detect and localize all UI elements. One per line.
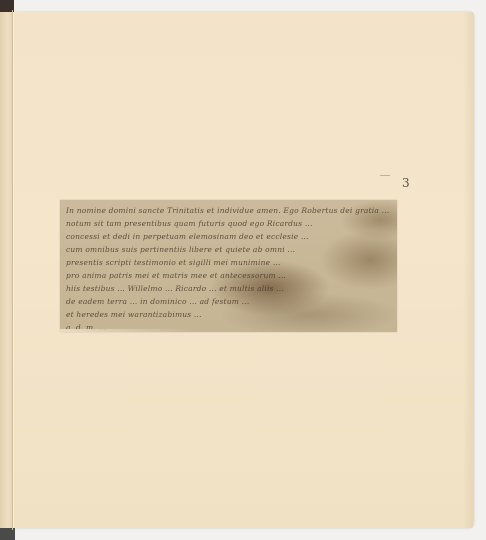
charter-line: In nomine domini sancte Trinitatis et in… xyxy=(66,205,391,217)
charter-line: cum omnibus suis pertinentiis libere et … xyxy=(66,244,391,256)
torn-edge xyxy=(60,329,397,332)
charter-line: concessi et dedi in perpetuam elemosinam… xyxy=(66,231,391,243)
charter-line: pro anima patris mei et matris mee et an… xyxy=(66,270,391,282)
charter-line: hiis testibus ... Willelmo ... Ricardo .… xyxy=(66,283,391,295)
gutter-edge xyxy=(12,10,13,530)
folio-mark xyxy=(380,175,390,176)
charter-line: et heredes mei warantizabimus ... xyxy=(66,309,391,321)
scan-viewer: 3 In nomine domini sancte Trinitatis et … xyxy=(0,0,486,540)
charter-text: In nomine domini sancte Trinitatis et in… xyxy=(66,205,391,332)
charter-line: de eadem terra ... in dominico ... ad fe… xyxy=(66,296,391,308)
mounted-charter: In nomine domini sancte Trinitatis et in… xyxy=(60,200,397,332)
charter-line: notum sit tam presentibus quam futuris q… xyxy=(66,218,391,230)
charter-line: presentis scripti testimonio et sigilli … xyxy=(66,257,391,269)
folio-number: 3 xyxy=(402,176,410,190)
